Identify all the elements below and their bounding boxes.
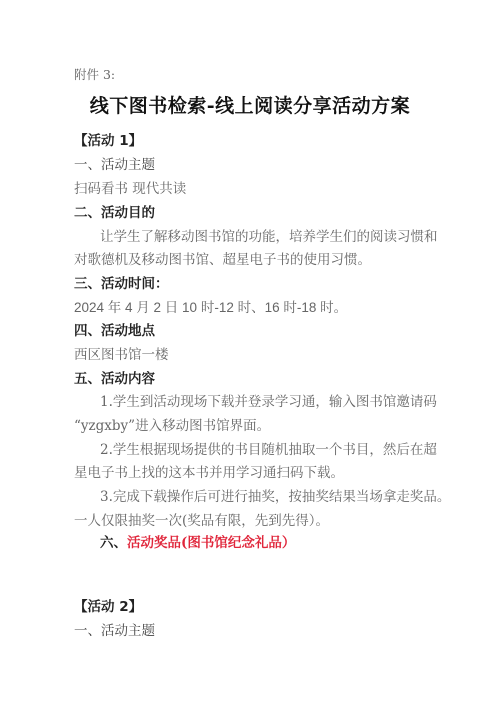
activity-1-theme-content: 扫码看书 现代共读 [74, 180, 186, 198]
activity-1-item-1-line-2: “yzgxby”进入移动图书馆界面。 [74, 417, 270, 435]
activity-1-location-label: 四、活动地点 [74, 322, 155, 340]
activity-1-time-label: 三、活动时间： [74, 275, 169, 293]
activity-1-item-2-line-2: 星电子书上找的这本书并用学习通扫码下载。 [74, 464, 344, 482]
activity-1-item-2-line-1: 2.学生根据现场提供的书目随机抽取一个书目，然后在超 [100, 441, 437, 459]
activity-1-item-3-line-1: 3.完成下载操作后可进行抽奖，按抽奖结果当场拿走奖品。 [100, 488, 450, 506]
activity-1-location-content: 西区图书馆一楼 [74, 346, 169, 364]
activity-1-purpose-line-2: 对歌德机及移动图书馆、超星电子书的使用习惯。 [74, 251, 371, 269]
document-page: 附件 3: 线下图书检索-线上阅读分享活动方案 【活动 1】 一、活动主题 扫码… [0, 0, 500, 707]
annex-label: 附件 3: [74, 66, 115, 84]
activity-1-content-label: 五、活动内容 [74, 370, 155, 388]
activity-1-time-content: 2024 年 4 月 2 日 10 时-12 时、16 时-18 时。 [74, 299, 347, 317]
prize-highlight: 活动奖品(图书馆纪念礼品） [127, 535, 295, 551]
activity-1-purpose-line-1: 让学生了解移动图书馆的功能，培养学生们的阅读习惯和 [100, 228, 438, 246]
activity-1-item-3-line-2: 一人仅限抽奖一次(奖品有限，先到先得）。 [74, 512, 329, 530]
prize-prefix: 六、 [100, 535, 127, 551]
activity-1-heading: 【活动 1】 [74, 132, 142, 150]
activity-2-heading: 【活动 2】 [74, 598, 142, 616]
document-title: 线下图书检索-线上阅读分享活动方案 [0, 94, 500, 118]
activity-1-prize-label: 六、活动奖品(图书馆纪念礼品） [100, 534, 295, 552]
activity-1-item-1-line-1: 1.学生到活动现场下载并登录学习通，输入图书馆邀请码 [100, 393, 437, 411]
activity-2-theme-label: 一、活动主题 [74, 622, 155, 640]
activity-1-purpose-label: 二、活动目的 [74, 204, 155, 222]
activity-1-theme-label: 一、活动主题 [74, 156, 155, 174]
